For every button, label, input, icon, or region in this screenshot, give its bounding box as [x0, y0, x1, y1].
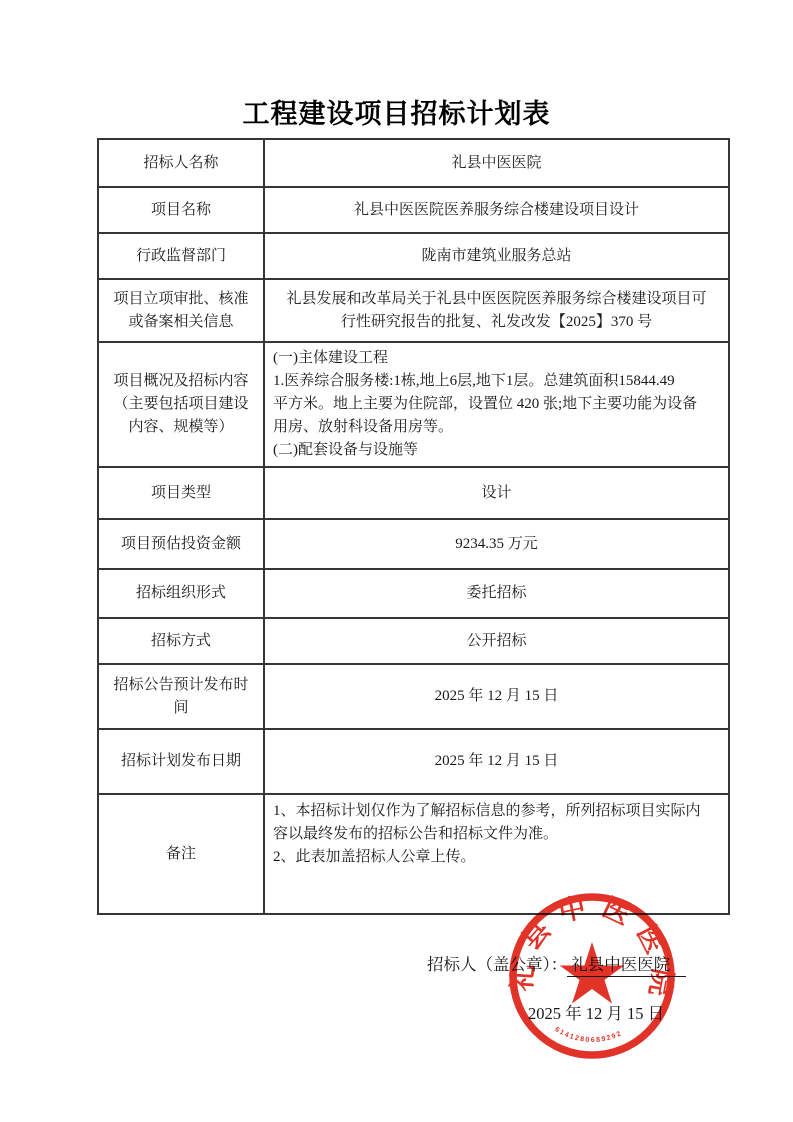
label-cell: 招标公告预计发布时 间 [98, 664, 264, 729]
value-cell: 设计 [264, 467, 729, 519]
bidding-plan-table: 招标人名称 礼县中医医院 项目名称 礼县中医医院医养服务综合楼建设项目设计 行政… [97, 138, 730, 915]
signer-name: 礼县中医医院 [567, 955, 686, 977]
label-cell: 行政监督部门 [98, 233, 264, 279]
value-cell: 礼县中医医院医养服务综合楼建设项目设计 [264, 187, 729, 233]
table-row: 备注 1、本招标计划仅作为了解招标信息的参考，所列招标项目实际内 容以最终发布的… [98, 794, 729, 914]
label-cell: 招标组织形式 [98, 569, 264, 618]
label-cell: 项目概况及招标内容 （主要包括项目建设 内容、规模等） [98, 342, 264, 467]
label-cell: 招标人名称 [98, 139, 264, 187]
table-row: 招标公告预计发布时 间 2025 年 12 月 15 日 [98, 664, 729, 729]
value-cell: 委托招标 [264, 569, 729, 618]
table-row: 项目概况及招标内容 （主要包括项目建设 内容、规模等） (一)主体建设工程 1.… [98, 342, 729, 467]
label-cell: 项目立项审批、核准 或备案相关信息 [98, 279, 264, 342]
label-cell: 招标方式 [98, 618, 264, 664]
table-row: 项目预估投资金额 9234.35 万元 [98, 519, 729, 569]
page-title: 工程建设项目招标计划表 [0, 92, 793, 131]
label-cell: 项目预估投资金额 [98, 519, 264, 569]
value-cell: 陇南市建筑业服务总站 [264, 233, 729, 279]
value-cell: 9234.35 万元 [264, 519, 729, 569]
label-cell: 项目类型 [98, 467, 264, 519]
value-cell: 公开招标 [264, 618, 729, 664]
signer-prefix: 招标人（盖公章）： [427, 955, 567, 974]
label-cell: 备注 [98, 794, 264, 914]
table-row: 项目类型 设计 [98, 467, 729, 519]
value-cell: 2025 年 12 月 15 日 [264, 729, 729, 794]
value-cell: 礼县中医医院 [264, 139, 729, 187]
table-row: 项目立项审批、核准 或备案相关信息 礼县发展和改革局关于礼县中医医院医养服务综合… [98, 279, 729, 342]
table-row: 招标计划发布日期 2025 年 12 月 15 日 [98, 729, 729, 794]
value-cell: 2025 年 12 月 15 日 [264, 664, 729, 729]
signature-line: 招标人（盖公章）：礼县中医医院 [427, 951, 686, 975]
table-row: 招标组织形式 委托招标 [98, 569, 729, 618]
signature-date: 2025 年 12 月 15 日 [528, 1000, 664, 1024]
table-row: 项目名称 礼县中医医院医养服务综合楼建设项目设计 [98, 187, 729, 233]
table-row: 招标人名称 礼县中医医院 [98, 139, 729, 187]
label-cell: 招标计划发布日期 [98, 729, 264, 794]
value-cell: (一)主体建设工程 1.医养综合服务楼:1栋,地上6层,地下1层。总建筑面积15… [264, 342, 729, 467]
label-cell: 项目名称 [98, 187, 264, 233]
table-row: 行政监督部门 陇南市建筑业服务总站 [98, 233, 729, 279]
table-row: 招标方式 公开招标 [98, 618, 729, 664]
value-cell: 1、本招标计划仅作为了解招标信息的参考，所列招标项目实际内 容以最终发布的招标公… [264, 794, 729, 914]
value-cell: 礼县发展和改革局关于礼县中医医院医养服务综合楼建设项目可 行性研究报告的批复、礼… [264, 279, 729, 342]
seal-code: 6141280689292 [553, 1026, 623, 1044]
